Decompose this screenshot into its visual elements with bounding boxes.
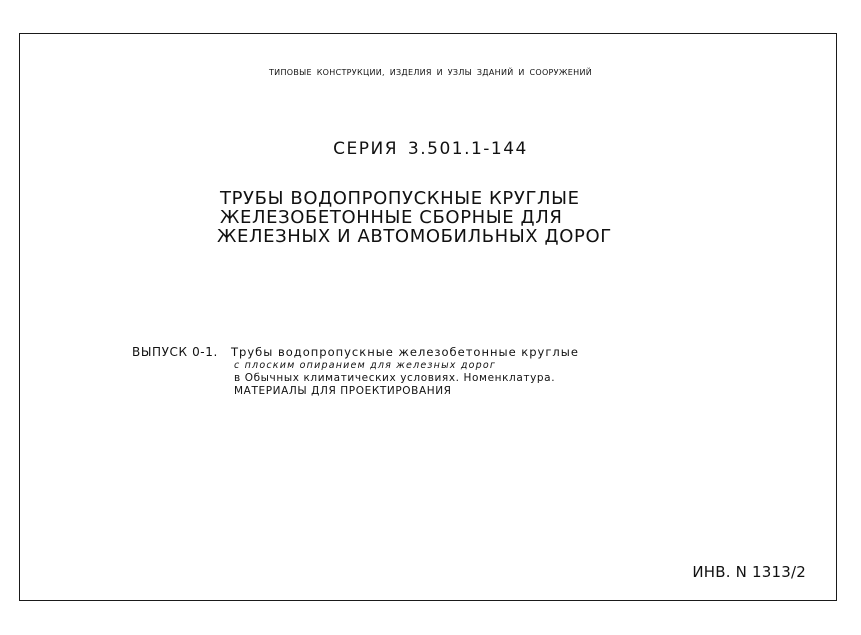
document-title: ТРУБЫ ВОДОПРОПУСКНЫЕ КРУГЛЫЕ ЖЕЛЕЗОБЕТОН…	[220, 189, 612, 246]
issue-line: МАТЕРИАЛЫ ДЛЯ ПРОЕКТИРОВАНИЯ	[234, 385, 579, 398]
issue-description: Трубы водопропускные железобетонные круг…	[234, 346, 579, 398]
document-header: ТИПОВЫЕ КОНСТРУКЦИИ, ИЗДЕЛИЯ И УЗЛЫ ЗДАН…	[0, 68, 861, 77]
issue-line: с плоским опиранием для железных дорог	[234, 359, 579, 372]
title-line: ЖЕЛЕЗНЫХ И АВТОМОБИЛЬНЫХ ДОРОГ	[217, 227, 612, 246]
issue-line: в Обычных климатических условиях. Номенк…	[234, 372, 579, 385]
issue-line: Трубы водопропускные железобетонные круг…	[231, 346, 579, 359]
issue-label: ВЫПУСК 0-1.	[132, 346, 218, 359]
document-frame	[19, 33, 837, 601]
inventory-number: ИНВ. N 1313/2	[692, 563, 806, 581]
title-line: ЖЕЛЕЗОБЕТОННЫЕ СБОРНЫЕ ДЛЯ	[220, 208, 612, 227]
series-number: СЕРИЯ 3.501.1-144	[0, 139, 861, 159]
title-line: ТРУБЫ ВОДОПРОПУСКНЫЕ КРУГЛЫЕ	[220, 189, 612, 208]
